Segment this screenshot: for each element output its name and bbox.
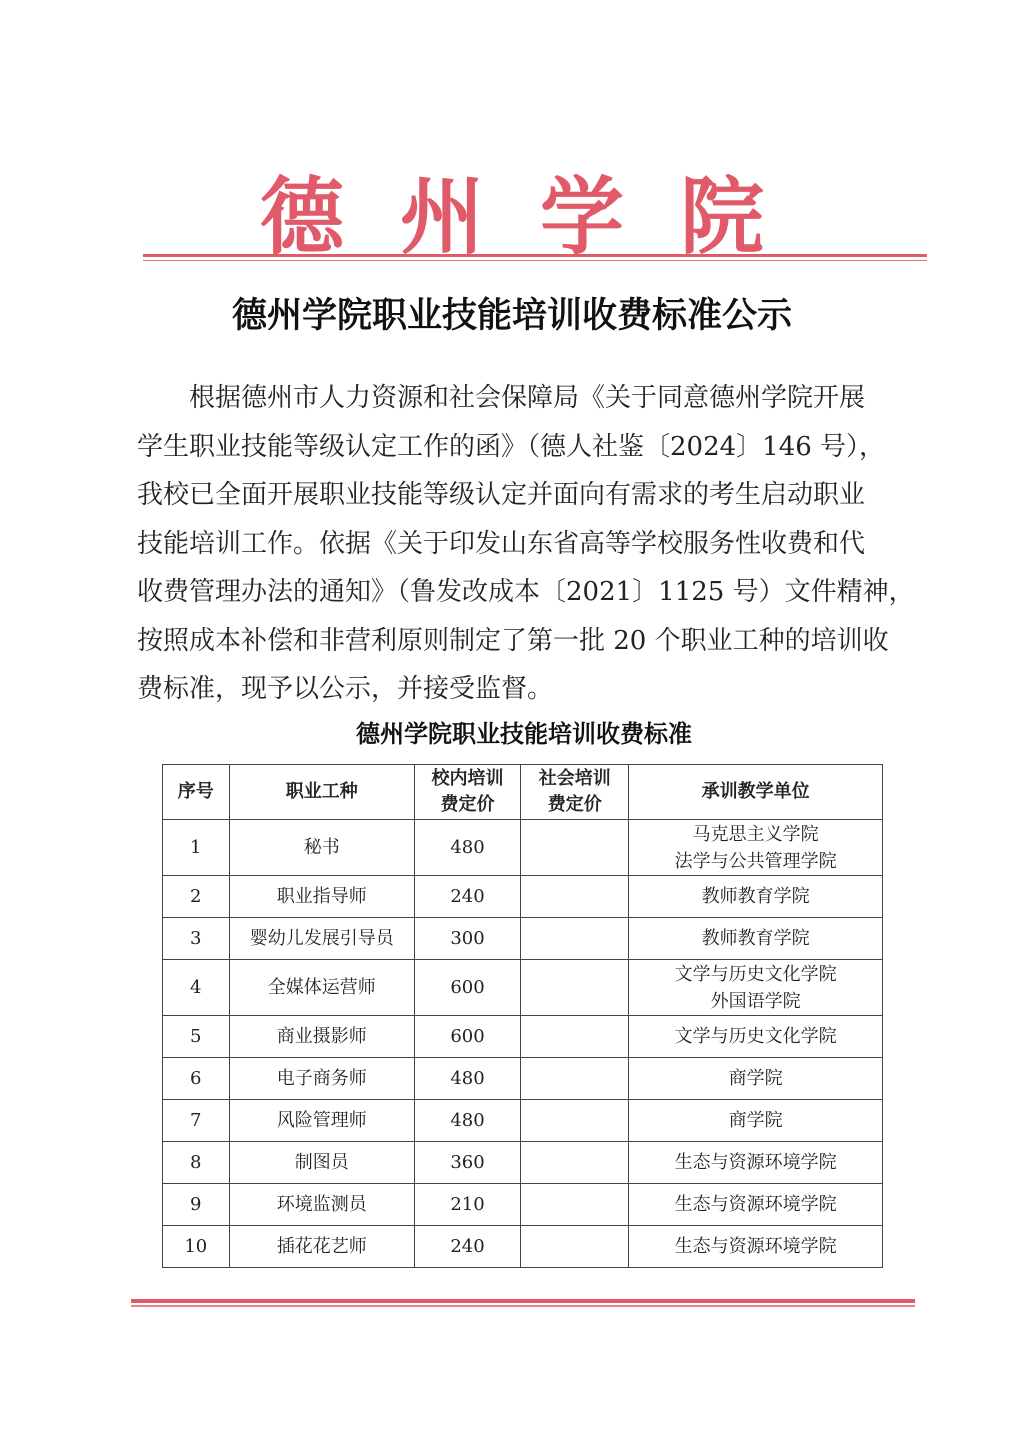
table-row: 8 制图员 360 生态与资源环境学院 bbox=[163, 1142, 883, 1184]
cell-unit: 商学院 bbox=[629, 1100, 883, 1142]
cell-social-fee bbox=[521, 960, 629, 1016]
masthead: 德州学院 bbox=[0, 150, 1024, 271]
cell-occupation: 职业指导师 bbox=[229, 876, 414, 918]
footer-red-rule-thin bbox=[131, 1305, 915, 1307]
cell-internal-fee: 240 bbox=[414, 876, 520, 918]
cell-internal-fee: 600 bbox=[414, 960, 520, 1016]
cell-unit: 生态与资源环境学院 bbox=[629, 1142, 883, 1184]
paragraph-line: 收费管理办法的通知》（鲁发改成本〔2021〕1125 号）文件精神， bbox=[137, 568, 917, 617]
cell-occupation: 环境监测员 bbox=[229, 1184, 414, 1226]
cell-internal-fee: 240 bbox=[414, 1226, 520, 1268]
cell-social-fee bbox=[521, 1142, 629, 1184]
paragraph-line: 费标准，现予以公示，并接受监督。 bbox=[137, 665, 917, 714]
cell-internal-fee: 210 bbox=[414, 1184, 520, 1226]
cell-occupation: 秘书 bbox=[229, 820, 414, 876]
header-seq: 序号 bbox=[163, 765, 230, 820]
header-occupation: 职业工种 bbox=[229, 765, 414, 820]
table-row: 3 婴幼儿发展引导员 300 教师教育学院 bbox=[163, 918, 883, 960]
cell-seq: 1 bbox=[163, 820, 230, 876]
cell-occupation: 制图员 bbox=[229, 1142, 414, 1184]
cell-social-fee bbox=[521, 1016, 629, 1058]
cell-social-fee bbox=[521, 1184, 629, 1226]
table-row: 4 全媒体运营师 600 文学与历史文化学院外国语学院 bbox=[163, 960, 883, 1016]
table-row: 9 环境监测员 210 生态与资源环境学院 bbox=[163, 1184, 883, 1226]
masthead-char: 州 bbox=[400, 150, 484, 271]
table-row: 2 职业指导师 240 教师教育学院 bbox=[163, 876, 883, 918]
table-row: 7 风险管理师 480 商学院 bbox=[163, 1100, 883, 1142]
table-title: 德州学院职业技能培训收费标准 bbox=[0, 714, 1024, 749]
cell-internal-fee: 300 bbox=[414, 918, 520, 960]
cell-internal-fee: 600 bbox=[414, 1016, 520, 1058]
paragraph-line: 学生职业技能等级认定工作的函》（德人社鉴〔2024〕146 号）， bbox=[137, 423, 917, 472]
cell-unit: 教师教育学院 bbox=[629, 876, 883, 918]
paragraph-line: 技能培训工作。依据《关于印发山东省高等学校服务性收费和代 bbox=[137, 520, 917, 569]
cell-internal-fee: 480 bbox=[414, 1100, 520, 1142]
cell-internal-fee: 480 bbox=[414, 820, 520, 876]
cell-social-fee bbox=[521, 820, 629, 876]
cell-unit: 生态与资源环境学院 bbox=[629, 1184, 883, 1226]
table-row: 10 插花花艺师 240 生态与资源环境学院 bbox=[163, 1226, 883, 1268]
masthead-char: 学 bbox=[540, 150, 624, 271]
cell-social-fee bbox=[521, 1226, 629, 1268]
paragraph-line: 根据德州市人力资源和社会保障局《关于同意德州学院开展 bbox=[137, 374, 917, 423]
cell-seq: 4 bbox=[163, 960, 230, 1016]
document-title: 德州学院职业技能培训收费标准公示 bbox=[0, 288, 1024, 338]
cell-occupation: 婴幼儿发展引导员 bbox=[229, 918, 414, 960]
masthead-char: 院 bbox=[680, 150, 764, 271]
cell-internal-fee: 360 bbox=[414, 1142, 520, 1184]
table-row: 1 秘书 480 马克思主义学院法学与公共管理学院 bbox=[163, 820, 883, 876]
cell-social-fee bbox=[521, 918, 629, 960]
cell-occupation: 风险管理师 bbox=[229, 1100, 414, 1142]
fee-table: 序号 职业工种 校内培训费定价 社会培训费定价 承训教学单位 1 秘书 480 … bbox=[162, 764, 883, 1268]
table-row: 5 商业摄影师 600 文学与历史文化学院 bbox=[163, 1016, 883, 1058]
cell-seq: 8 bbox=[163, 1142, 230, 1184]
header-social-fee: 社会培训费定价 bbox=[521, 765, 629, 820]
cell-social-fee bbox=[521, 876, 629, 918]
cell-seq: 3 bbox=[163, 918, 230, 960]
table-row: 6 电子商务师 480 商学院 bbox=[163, 1058, 883, 1100]
cell-unit: 商学院 bbox=[629, 1058, 883, 1100]
cell-seq: 6 bbox=[163, 1058, 230, 1100]
cell-unit: 生态与资源环境学院 bbox=[629, 1226, 883, 1268]
cell-unit: 马克思主义学院法学与公共管理学院 bbox=[629, 820, 883, 876]
cell-occupation: 电子商务师 bbox=[229, 1058, 414, 1100]
cell-unit: 文学与历史文化学院 bbox=[629, 1016, 883, 1058]
header-unit: 承训教学单位 bbox=[629, 765, 883, 820]
cell-social-fee bbox=[521, 1100, 629, 1142]
table-header-row: 序号 职业工种 校内培训费定价 社会培训费定价 承训教学单位 bbox=[163, 765, 883, 820]
footer-red-rule bbox=[131, 1299, 915, 1303]
cell-unit: 文学与历史文化学院外国语学院 bbox=[629, 960, 883, 1016]
header-red-rule-thin bbox=[143, 260, 927, 261]
cell-seq: 7 bbox=[163, 1100, 230, 1142]
paragraph-line: 我校已全面开展职业技能等级认定并面向有需求的考生启动职业 bbox=[137, 471, 917, 520]
cell-seq: 2 bbox=[163, 876, 230, 918]
cell-social-fee bbox=[521, 1058, 629, 1100]
header-red-rule bbox=[143, 254, 927, 257]
cell-unit: 教师教育学院 bbox=[629, 918, 883, 960]
body-paragraph: 根据德州市人力资源和社会保障局《关于同意德州学院开展 学生职业技能等级认定工作的… bbox=[137, 374, 917, 714]
header-internal-fee: 校内培训费定价 bbox=[414, 765, 520, 820]
cell-seq: 5 bbox=[163, 1016, 230, 1058]
cell-occupation: 商业摄影师 bbox=[229, 1016, 414, 1058]
paragraph-line: 按照成本补偿和非营利原则制定了第一批 20 个职业工种的培训收 bbox=[137, 617, 917, 666]
cell-occupation: 全媒体运营师 bbox=[229, 960, 414, 1016]
cell-internal-fee: 480 bbox=[414, 1058, 520, 1100]
cell-occupation: 插花花艺师 bbox=[229, 1226, 414, 1268]
masthead-char: 德 bbox=[260, 150, 344, 271]
cell-seq: 10 bbox=[163, 1226, 230, 1268]
cell-seq: 9 bbox=[163, 1184, 230, 1226]
